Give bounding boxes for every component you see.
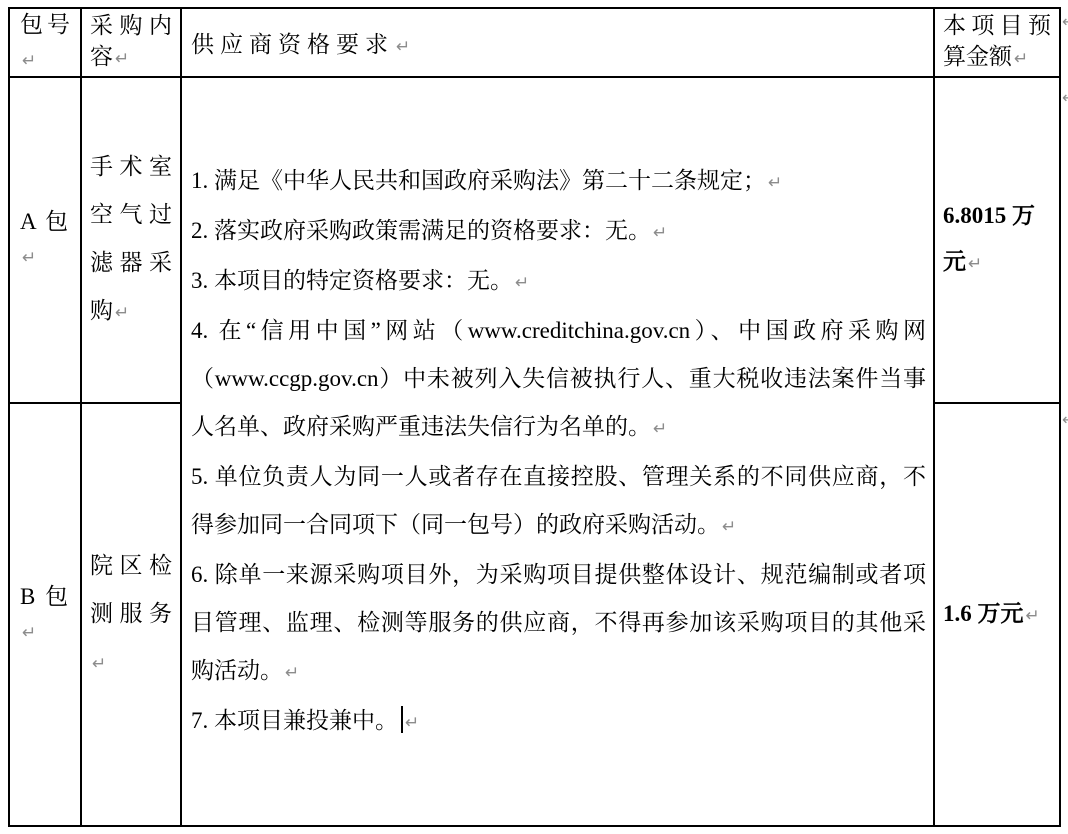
document-page: 包号↵ 采购内容↵ 供应商资格要求↵ 本项目预算金额↵ A 包↵ 手术室空气过滤… xyxy=(0,0,1068,834)
header-budget-label: 本项目预算金额 xyxy=(943,13,1051,69)
header-qualification-label: 供应商资格要求 xyxy=(191,32,394,57)
return-mark-icon: ↵ xyxy=(90,654,106,674)
return-mark-icon: ↵ xyxy=(766,173,782,193)
requirement-line: 4. 在“信用中国”网站（www.creditchina.gov.cn）、中国政… xyxy=(191,307,926,453)
return-mark-icon: ↵ xyxy=(513,273,529,293)
content-b-label: 院区检测服务 xyxy=(90,553,172,626)
cell-content-a[interactable]: 手术室空气过滤器采购↵ xyxy=(82,78,180,402)
return-mark-icon: ↵ xyxy=(113,49,129,69)
cell-content-b[interactable]: 院区检测服务↵ xyxy=(82,404,180,825)
return-mark-icon: ↵ xyxy=(113,303,129,323)
budget-b-value: 1.6 万元 xyxy=(943,601,1024,626)
row-end-mark-icon: ↵ xyxy=(1062,12,1068,31)
row-end-mark-icon: ↵ xyxy=(1062,410,1068,429)
requirement-line: 6. 除单一来源采购项目外，为采购项目提供整体设计、规范编制或者项目管理、监理、… xyxy=(191,551,926,697)
cell-qualification-requirements[interactable]: 1. 满足《中华人民共和国政府采购法》第二十二条规定；↵ 2. 落实政府采购政策… xyxy=(182,78,933,825)
cell-package-a[interactable]: A 包↵ xyxy=(10,78,80,402)
requirement-line: 1. 满足《中华人民共和国政府采购法》第二十二条规定；↵ xyxy=(191,157,926,207)
header-package-no[interactable]: 包号↵ xyxy=(10,9,80,76)
header-qualification[interactable]: 供应商资格要求↵ xyxy=(182,9,933,76)
return-mark-icon: ↵ xyxy=(720,517,736,537)
return-mark-icon: ↵ xyxy=(966,254,982,274)
requirement-line: 5. 单位负责人为同一人或者存在直接控股、管理关系的不同供应商，不得参加同一合同… xyxy=(191,453,926,551)
return-mark-icon: ↵ xyxy=(1024,606,1040,626)
return-mark-icon: ↵ xyxy=(651,223,667,243)
return-mark-icon: ↵ xyxy=(651,419,667,439)
return-mark-icon: ↵ xyxy=(20,248,36,268)
cell-package-b[interactable]: B 包↵ xyxy=(10,404,80,825)
budget-a-value: 6.8015 万元 xyxy=(943,203,1035,274)
header-content-label: 采购内容 xyxy=(90,13,172,69)
requirement-line: 2. 落实政府采购政策需满足的资格要求：无。↵ xyxy=(191,207,926,257)
package-a-label: A 包 xyxy=(20,209,70,234)
return-mark-icon: ↵ xyxy=(403,713,419,733)
cell-budget-b[interactable]: 1.6 万元↵ xyxy=(935,404,1059,825)
requirement-line: 3. 本项目的特定资格要求：无。↵ xyxy=(191,257,926,307)
return-mark-icon: ↵ xyxy=(283,663,299,683)
header-package-no-label: 包号 xyxy=(20,12,74,37)
content-a-label: 手术室空气过滤器采购 xyxy=(90,154,172,323)
row-end-mark-icon: ↵ xyxy=(1062,88,1068,107)
return-mark-icon: ↵ xyxy=(394,37,410,57)
requirement-line: 7. 本项目兼投兼中。↵ xyxy=(191,697,926,747)
return-mark-icon: ↵ xyxy=(1012,49,1028,69)
header-budget[interactable]: 本项目预算金额↵ xyxy=(935,9,1059,76)
package-b-label: B 包 xyxy=(20,584,70,609)
cell-budget-a[interactable]: 6.8015 万元↵ xyxy=(935,78,1059,402)
header-content[interactable]: 采购内容↵ xyxy=(82,9,180,76)
return-mark-icon: ↵ xyxy=(20,623,36,643)
procurement-table: 包号↵ 采购内容↵ 供应商资格要求↵ 本项目预算金额↵ A 包↵ 手术室空气过滤… xyxy=(8,7,1061,827)
return-mark-icon: ↵ xyxy=(20,51,36,71)
